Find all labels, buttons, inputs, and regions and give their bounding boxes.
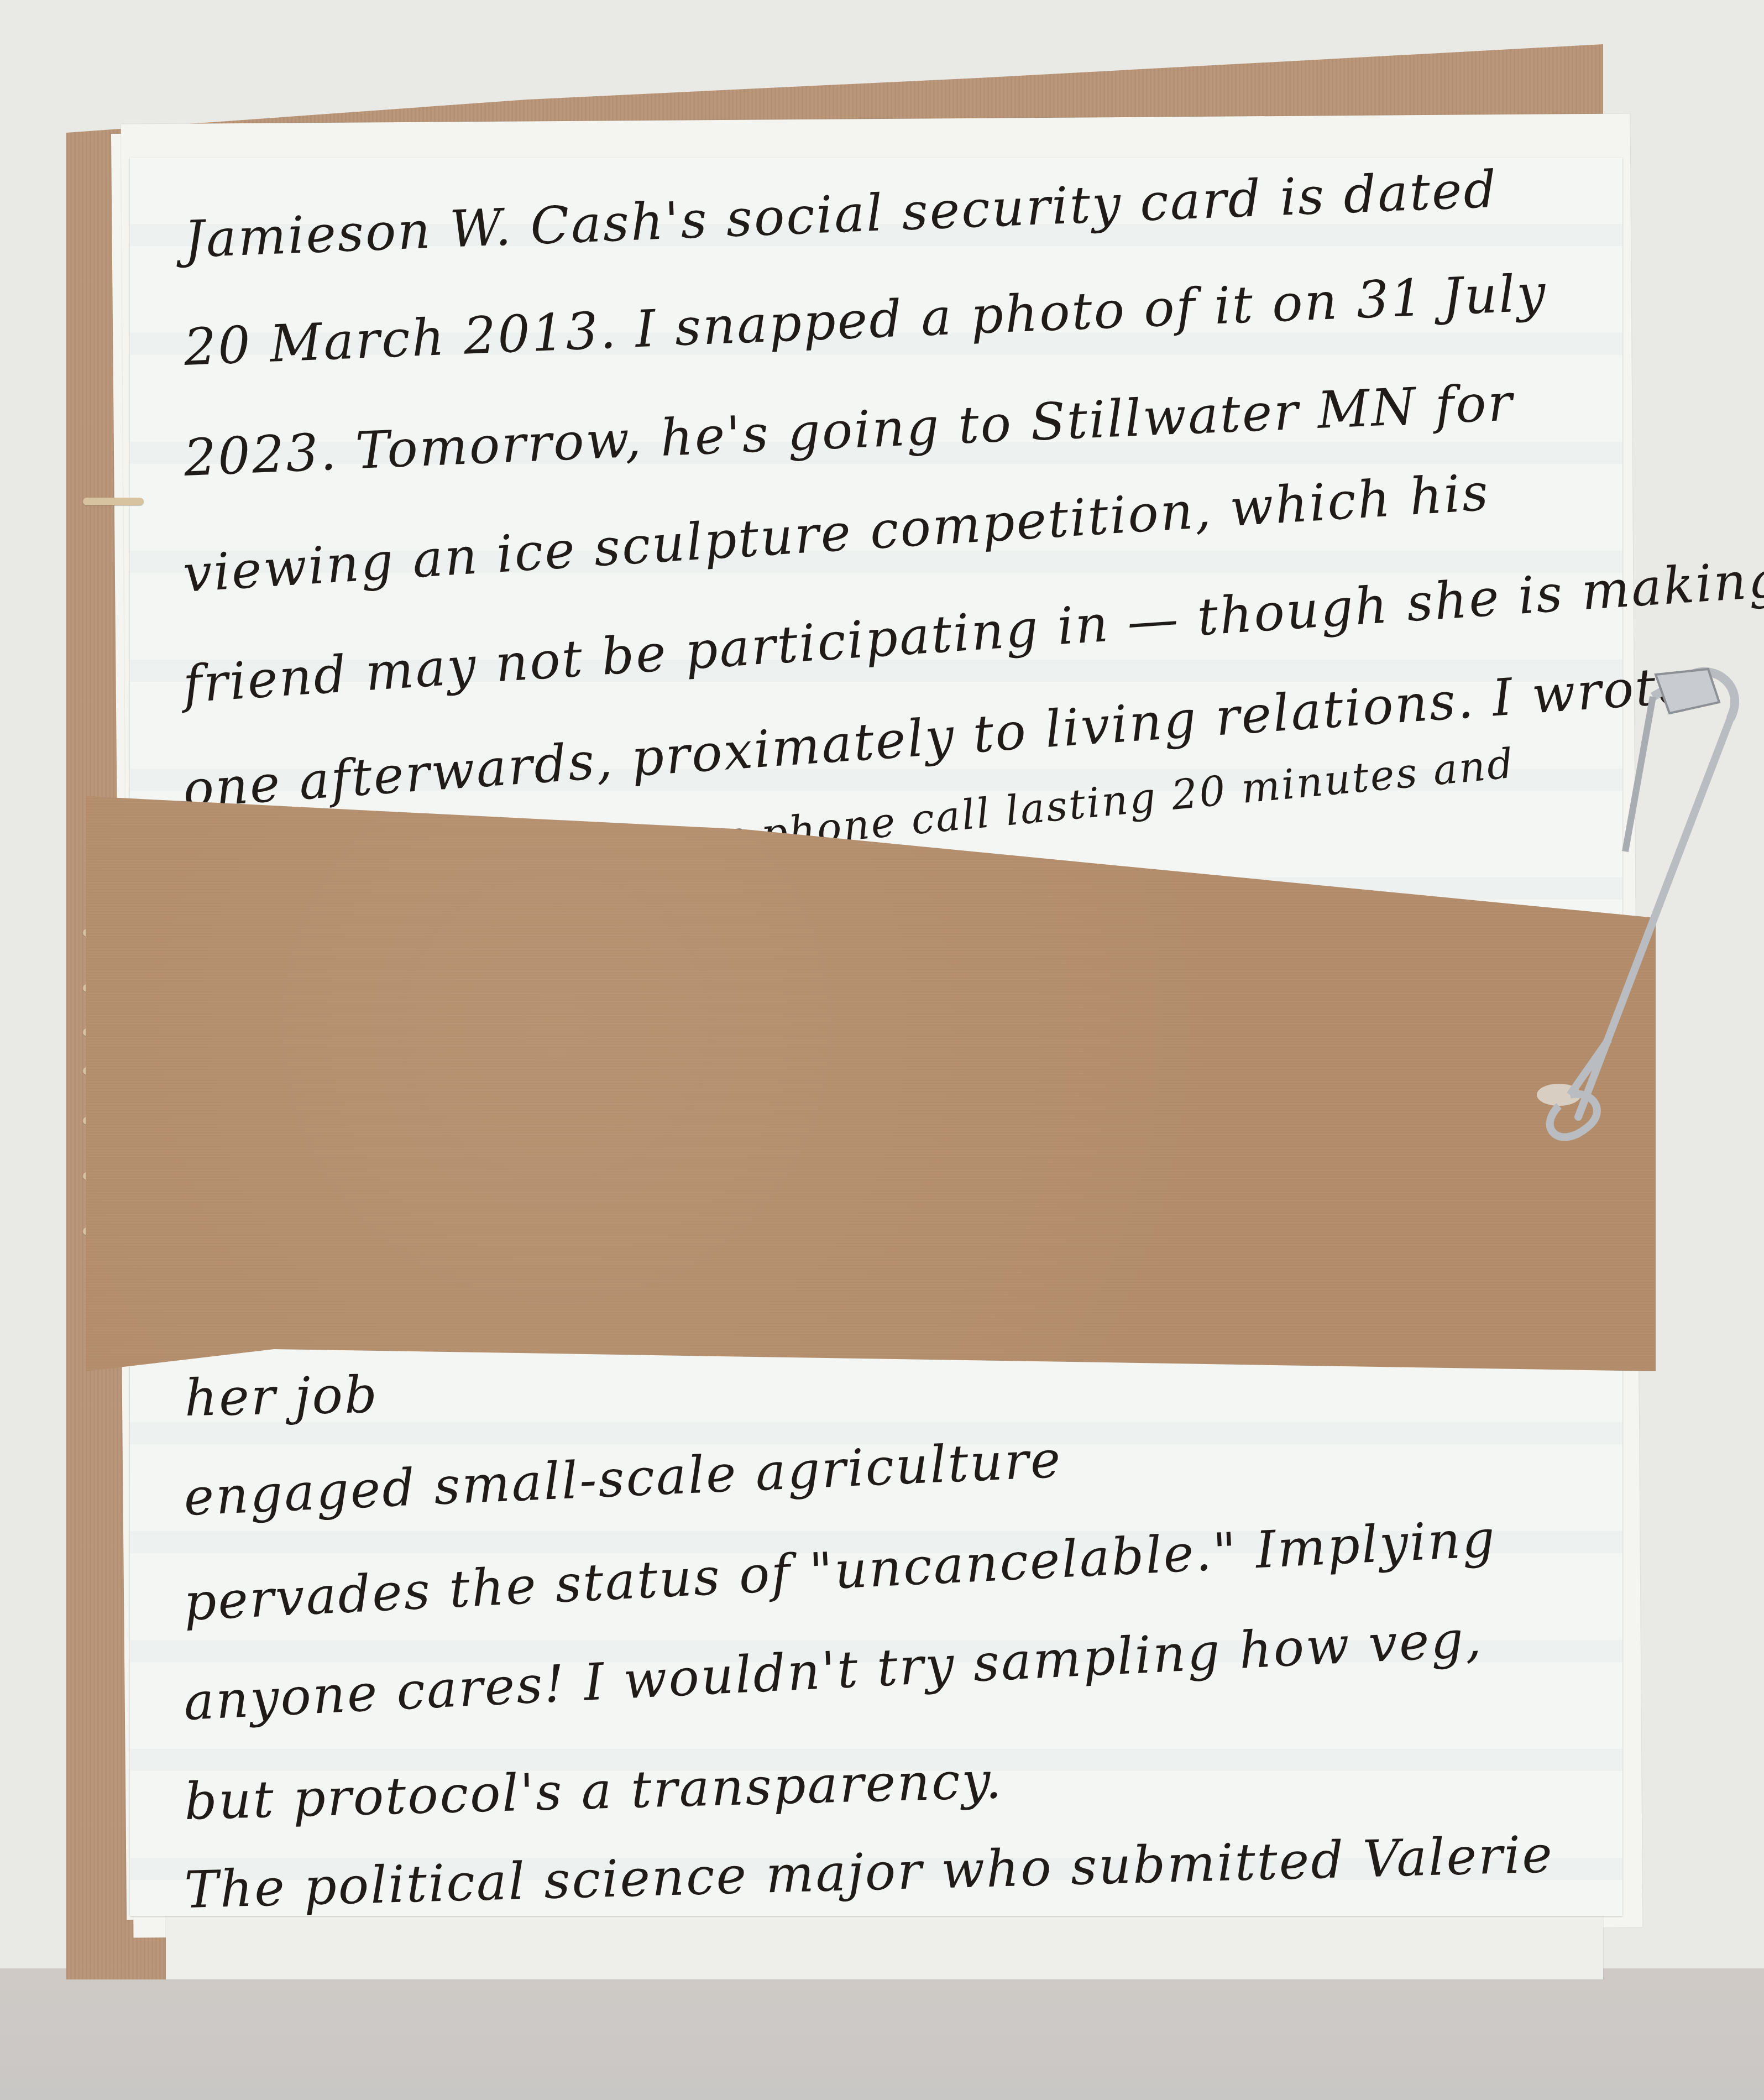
- safety-pin-icon: [1526, 652, 1758, 1150]
- scanner-background: [0, 1968, 1764, 2100]
- string-stitch: [83, 498, 144, 505]
- text-fragment: her job: [184, 1365, 379, 1428]
